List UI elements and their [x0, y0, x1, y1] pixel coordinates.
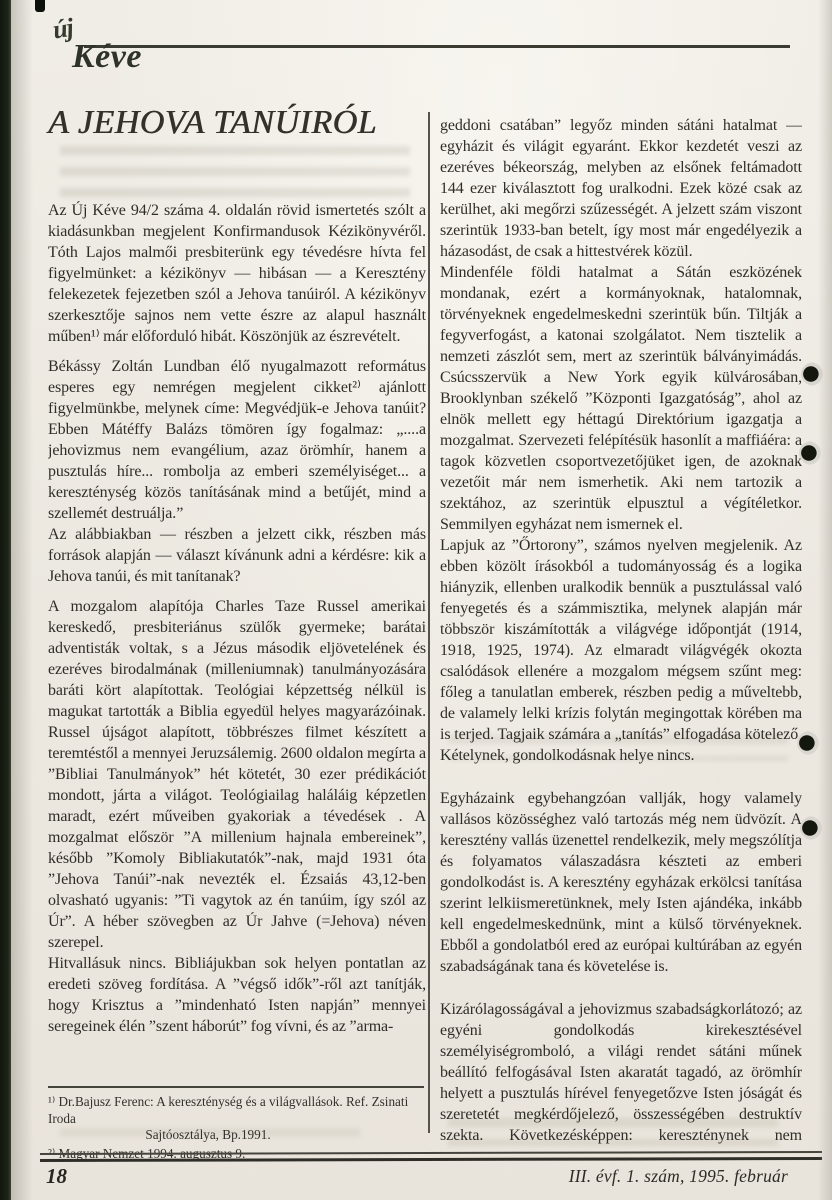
punch-hole: [800, 816, 826, 840]
paragraph-geddoni: geddoni csatában” legyőz minden sátáni h…: [440, 115, 802, 262]
right-column: geddoni csatában” legyőz minden sátáni h…: [440, 115, 802, 1147]
paragraph-az-alabbiakban: Az alábbiakban — részben a jelzett cikk,…: [48, 524, 426, 587]
paragraph-hitvallasuk: Hitvallásuk nincs. Bibliájukban sok hely…: [48, 953, 426, 1037]
scanned-magazine-page: új Kéve A JEHOVA TANÚIRÓL Az Új Kéve 94/…: [0, 0, 832, 1200]
masthead-rule: [84, 45, 790, 48]
punch-hole: [801, 362, 827, 386]
issue-line: III. évf. 1. szám, 1995. február: [569, 1166, 788, 1187]
footnote-1-continued: Sajtóosztálya, Bp.1991.: [48, 1127, 428, 1144]
paragraph-mindenfele: Mindenféle földi hatalmat a Sátán eszköz…: [440, 262, 802, 535]
magazine-logo-keve: Kéve: [72, 38, 142, 76]
bleed-through-ghost: [60, 146, 410, 198]
paragraph-intro: Az Új Kéve 94/2 száma 4. oldalán rövid i…: [48, 200, 426, 347]
scan-edge-shadow: [11, 0, 33, 1200]
paragraph-bekassy: Békássy Zoltán Lundban élő nyugalmazott …: [48, 356, 426, 524]
paragraph-egyhazaink: Egyházaink egybehangzóan vallják, hogy v…: [440, 788, 802, 977]
punch-hole: [797, 731, 823, 755]
footnote-separator: [48, 1086, 424, 1088]
footnote-1: ¹⁾ Dr.Bajusz Ferenc: A kereszténység és …: [48, 1094, 428, 1127]
punch-hole: [799, 441, 825, 465]
scan-edge-strip: [0, 0, 11, 1200]
footer-rule: [40, 1151, 822, 1162]
paragraph-mozgalom-alapitoja: A mozgalom alapítója Charles Taze Russel…: [48, 596, 426, 953]
footnotes-block: ¹⁾ Dr.Bajusz Ferenc: A kereszténység és …: [48, 1086, 428, 1162]
column-divider: [428, 112, 430, 1133]
paragraph-lapjuk: Lapjuk az ”Őrtorony”, számos nyelven meg…: [440, 535, 802, 766]
paragraph-kizarolagossagaval: Kizárólagosságával a jehovizmus szabadsá…: [440, 999, 802, 1147]
left-column: Az Új Kéve 94/2 száma 4. oldalán rövid i…: [48, 200, 426, 1082]
scan-corner-mark: [35, 0, 45, 12]
page-number: 18: [46, 1164, 67, 1189]
article-title: A JEHOVA TANÚIRÓL: [48, 104, 377, 142]
